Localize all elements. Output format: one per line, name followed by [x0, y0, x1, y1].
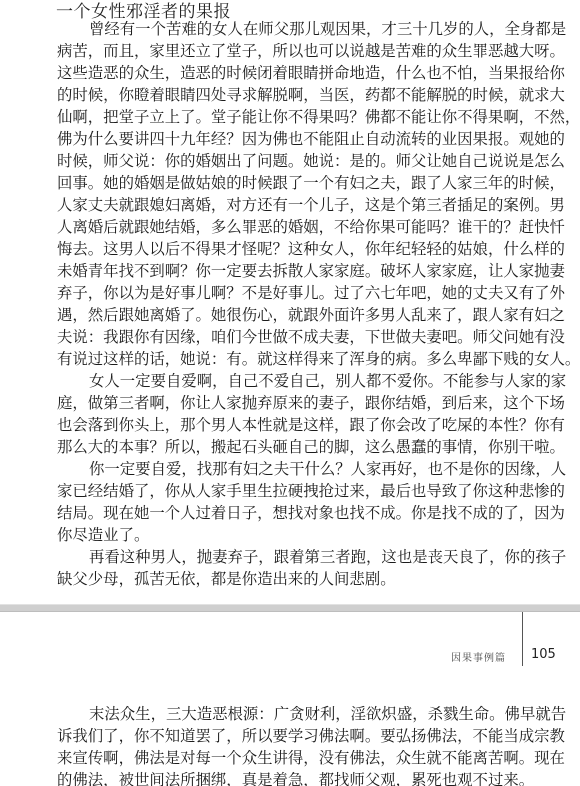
text-line: 弃子，你以为是好事儿啊？不是好事儿。过了六七年吧，她的丈夫又有了外	[57, 282, 527, 304]
page-top: 一个女性邪淫者的果报 曾经有一个苦难的女人在师父那儿观因果，才三十几岁的人，全身…	[0, 0, 580, 606]
running-header-chapter: 因果事例篇	[451, 649, 506, 664]
text-line: 女人一定要自爱啊，自己不爱自己，别人都不爱你。不能参与人家的家	[57, 370, 527, 392]
text-line: 未婚青年找不到啊？你一定要去拆散人家家庭。破坏人家家庭，让人家抛妻	[57, 260, 527, 282]
text-line: 你一定要自爱，找那有妇之夫干什么？人家再好，也不是你的因缘，人	[57, 458, 527, 480]
text-line: 回事。她的婚姻是做姑娘的时候跟了一个有妇之夫，跟了人家三年的时候，	[57, 172, 527, 194]
text-line: 末法众生，三大造恶根源：广贪财利，淫欲炽盛，杀戮生命。佛早就告	[57, 703, 527, 725]
text-line: 来宣传啊，佛法是对每一个众生讲得，没有佛法，众生就不能离苦啊。现在	[57, 747, 527, 769]
text-line: 悔去。这男人以后不得果才怪呢？这种女人，你年纪轻轻的姑娘，什么样的	[57, 238, 527, 260]
text-line: 人离婚后就跟她结婚，多么罪恶的婚姻，不给你果可能吗？谁干的？赶快忏	[57, 216, 527, 238]
text-line: 时候，师父说：你的婚姻出了问题。她说：是的。师父让她自己说说是怎么	[57, 150, 527, 172]
text-line: 庭，做第三者啊，你让人家抛弃原来的妻子，跟你结婚，到后来，这个下场	[57, 392, 527, 414]
text-line: 夫说：我跟你有因缘，咱们今世做不成夫妻，下世做夫妻吧。师父问她有没	[57, 326, 527, 348]
text-line: 再看这种男人，抛妻弃子，跟着第三者跑，这也是丧天良了，你的孩子	[57, 546, 527, 568]
text-line: 佛为什么要讲四十九年经？因为佛也不能阻止自动流转的业因果报。观她的	[57, 128, 527, 150]
article-body: 曾经有一个苦难的女人在师父那儿观因果，才三十几岁的人，全身都是 病苦，而且，家里…	[57, 18, 527, 590]
text-line: 仙啊，把堂子立上了。堂子能让你不得果吗？佛都不能让你不得果啊，不然，	[57, 106, 527, 128]
text-line: 也会落到你头上，那个男人本性就是这样，跟了你会改了吃屎的本性？你有	[57, 414, 527, 436]
text-line: 诉我们了，你不知道罢了，所以要学习佛法啊。要弘扬佛法，不能当成宗教	[57, 725, 527, 747]
page-separator	[0, 604, 580, 612]
header-divider	[522, 612, 523, 666]
text-line: 遇，然后跟她离婚了。她很伤心，就跟外面许多男人乱来了，跟人家有妇之	[57, 304, 527, 326]
page-bottom: 因果事例篇 105 末法众生，三大造恶根源：广贪财利，淫欲炽盛，杀戮生命。佛早就…	[0, 612, 580, 786]
article-body: 末法众生，三大造恶根源：广贪财利，淫欲炽盛，杀戮生命。佛早就告 诉我们了，你不知…	[57, 703, 527, 786]
text-line: 病苦，而且，家里还立了堂子，所以也可以说越是苦难的众生罪恶越大呀。	[57, 40, 527, 62]
text-line: 这些造恶的众生，造恶的时候闭着眼睛拼命地造，什么也不怕，当果报给你	[57, 62, 527, 84]
text-line: 那么大的本事？所以，搬起石头砸自己的脚，这么愚蠢的事情，你别干啦。	[57, 436, 527, 458]
page-number: 105	[531, 647, 556, 662]
text-line: 的时候，你瞪着眼睛四处寻求解脱啊，当医，药都不能解脱的时候，就求大	[57, 84, 527, 106]
text-line: 结局。现在她一个人过着日子，想找对象也找不成。你是找不成的了，因为	[57, 502, 527, 524]
text-line: 你尽造业了。	[57, 524, 527, 546]
text-line: 曾经有一个苦难的女人在师父那儿观因果，才三十几岁的人，全身都是	[57, 18, 527, 40]
text-line: 家已经结婚了，你从人家手里生拉硬拽抢过来，最后也导致了你这种悲惨的	[57, 480, 527, 502]
text-line: 缺父少母，孤苦无依，都是你造出来的人间悲剧。	[57, 568, 527, 590]
text-line: 的佛法，被世间法所捆绑，真是着急，都找师父观，累死也观不过来。	[57, 769, 527, 786]
text-line: 人家丈夫就跟媳妇离婚，对方还有一个儿子，这是个第三者插足的案例。男	[57, 194, 527, 216]
text-line: 有说过这样的话，她说：有。就这样得来了浑身的病。多么卑鄙下贱的女人。	[57, 348, 527, 370]
